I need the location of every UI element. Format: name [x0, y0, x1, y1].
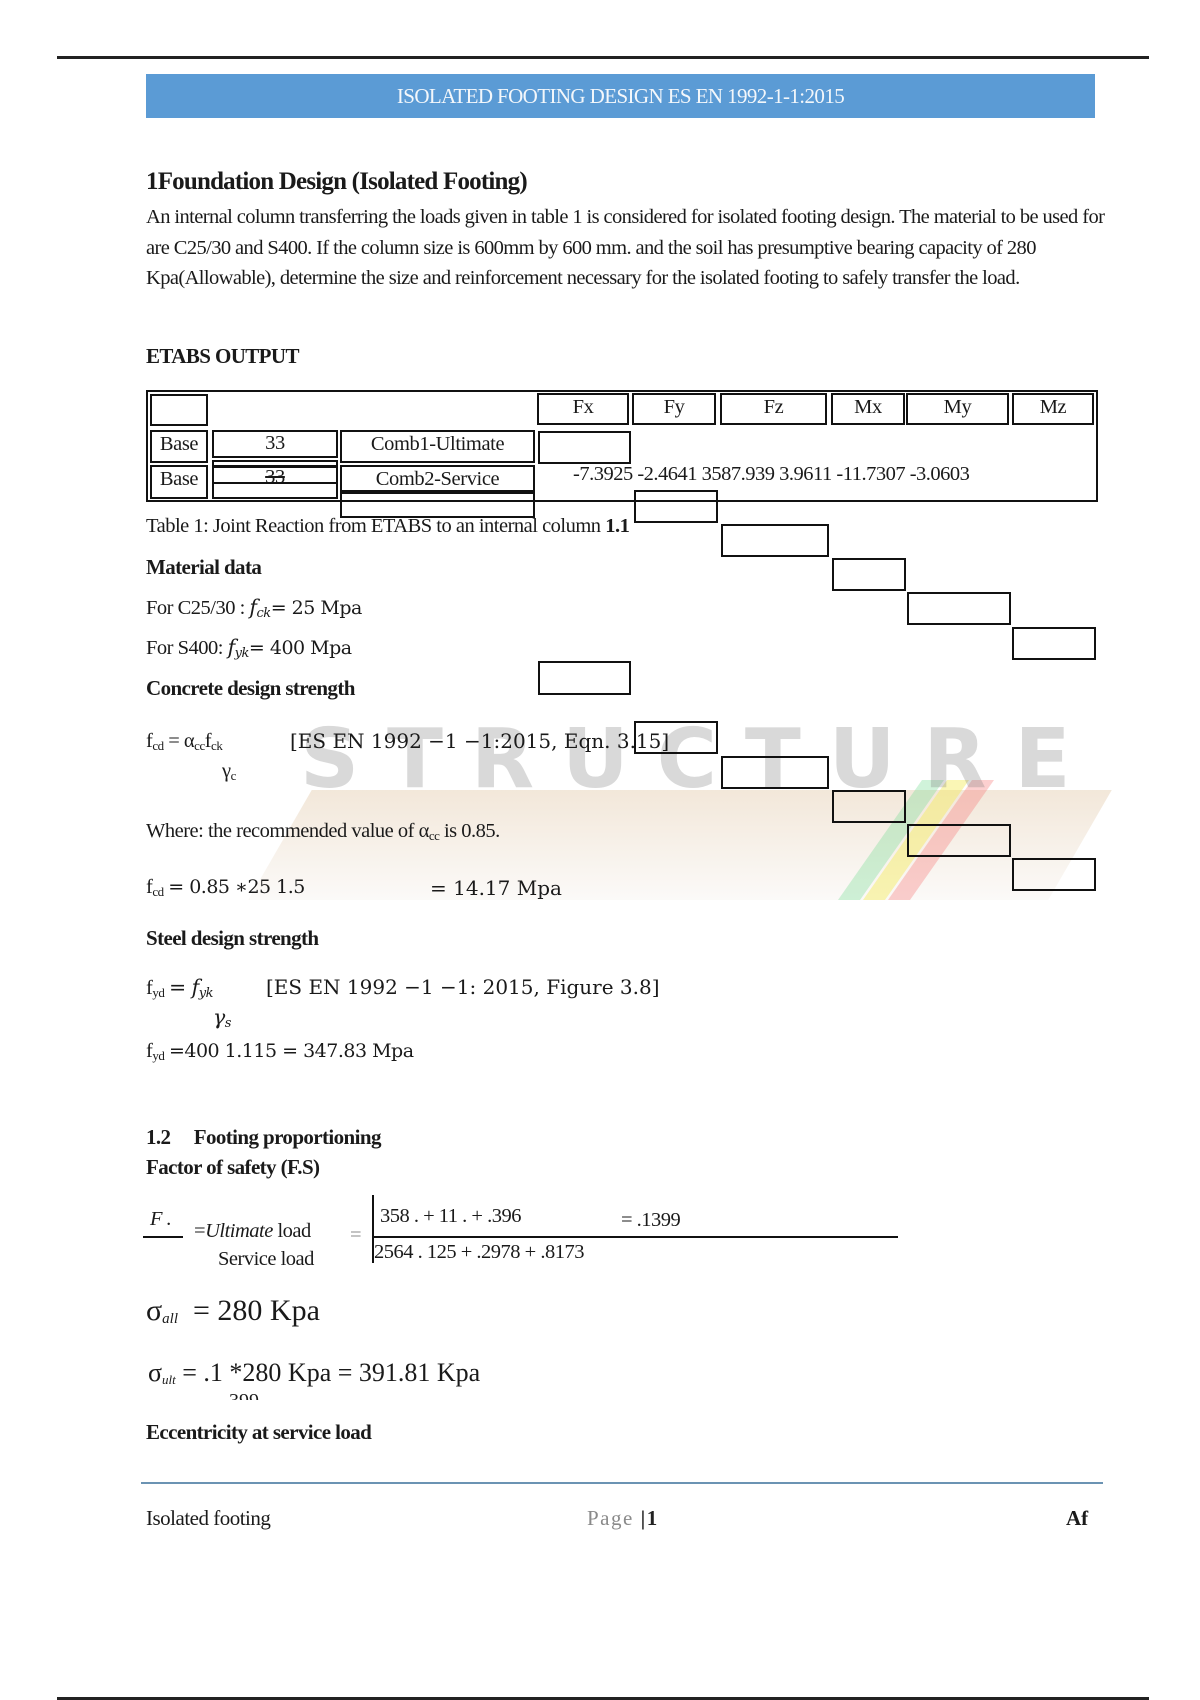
header-empty-cell	[150, 394, 208, 426]
floating-box	[1012, 627, 1096, 660]
floating-box	[832, 790, 906, 823]
header-mz: Mz	[1012, 396, 1094, 419]
floating-box	[907, 824, 1011, 857]
header-my: My	[906, 396, 1009, 419]
fs-lhs: F .	[150, 1208, 171, 1231]
table-top-left-rule	[146, 390, 536, 392]
concrete-strength-heading: Concrete design strength	[146, 676, 355, 701]
floating-box	[907, 592, 1011, 625]
fs-fraction-rule	[374, 1236, 898, 1238]
row2-joint-rule	[214, 482, 336, 484]
top-rule	[57, 56, 1149, 59]
footer-document-title: Isolated footing	[146, 1506, 270, 1531]
header-fy: Fy	[632, 396, 716, 419]
fyd-denominator: γs	[213, 1005, 231, 1031]
sigma-ult-denominator: 399	[229, 1390, 273, 1400]
fs-ratio-bottom: Service load	[218, 1248, 314, 1271]
fs-heading: Factor of safety (F.S)	[146, 1155, 319, 1180]
concrete-fck: For C25/30 : fck= 25 Mpa	[146, 595, 362, 621]
row1-value-cell	[538, 431, 631, 464]
fs-equals: =	[350, 1224, 361, 1247]
header-mx: Mx	[831, 396, 905, 419]
etabs-heading: ETABS OUTPUT	[146, 344, 299, 369]
alpha-note: Where: the recommended value of αcc is 0…	[146, 820, 500, 844]
steel-fyk: For S400: fyk= 400 Mpa	[146, 635, 352, 661]
footer-author: Af	[1066, 1506, 1088, 1531]
row2-story: Base	[150, 468, 208, 491]
fs-lhs-rule	[143, 1236, 183, 1238]
row1-joint: 33	[212, 432, 338, 455]
fcd-calc: fcd = 0.85 ∗25 1.5	[146, 876, 305, 900]
floating-box	[538, 661, 631, 695]
fs-denominator: 2564 . 125 + .2978 + .8173	[374, 1241, 584, 1264]
values-line: -7.3925 -2.4641 3587.939 3.9611 -11.7307…	[573, 463, 969, 486]
fcd-reference: [ES EN 1992 −1 −1:2015, Eqn. 3.15]	[290, 729, 669, 753]
proportioning-heading: 1.2 Footing proportioning	[146, 1125, 381, 1150]
fs-numerator: 358 . + 11 . + .396	[380, 1205, 521, 1228]
floating-box	[721, 756, 829, 789]
section-heading: 1Foundation Design (Isolated Footing)	[146, 168, 527, 196]
header-fx: Fx	[537, 396, 629, 419]
material-heading: Material data	[146, 555, 261, 580]
sigma-all: σall = 280 Kpa	[146, 1294, 320, 1328]
fs-result: = .1399	[621, 1209, 680, 1232]
problem-statement: An internal column transferring the load…	[146, 202, 1106, 294]
sigma-ult: σult = .1 *280 Kpa = 391.81 Kpa	[148, 1358, 480, 1388]
fs-ratio-top: =Ultimate load	[194, 1220, 311, 1243]
table-caption: Table 1: Joint Reaction from ETABS to an…	[146, 515, 629, 538]
fcd-result: = 14.17 Mpa	[430, 876, 562, 900]
fyd-formula: fyd = fyk	[146, 975, 213, 1001]
fyd-reference: [ES EN 1992 −1 −1: 2015, Figure 3.8]	[266, 975, 660, 999]
fyd-calc: fyd =400 1.115 = 347.83 Mpa	[146, 1040, 414, 1064]
floating-box	[634, 490, 718, 523]
row2-joint: 33	[212, 466, 338, 489]
footer-rule	[141, 1482, 1103, 1484]
row2-combo: Comb2-Service	[340, 468, 535, 491]
floating-box	[721, 524, 829, 557]
footer-page-number: Page |1	[587, 1506, 659, 1531]
fcd-denominator: γc	[222, 760, 236, 784]
eccentricity-heading: Eccentricity at service load	[146, 1420, 371, 1445]
document-banner: ISOLATED FOOTING DESIGN ES EN 1992-1-1:2…	[146, 74, 1095, 118]
floating-box	[832, 558, 906, 591]
steel-strength-heading: Steel design strength	[146, 926, 319, 951]
floating-box	[1012, 858, 1096, 891]
header-fz: Fz	[720, 396, 827, 419]
row1-story: Base	[150, 433, 208, 456]
row1-combo: Comb1-Ultimate	[340, 433, 535, 456]
fcd-formula: fcd = αccfck	[146, 730, 222, 754]
